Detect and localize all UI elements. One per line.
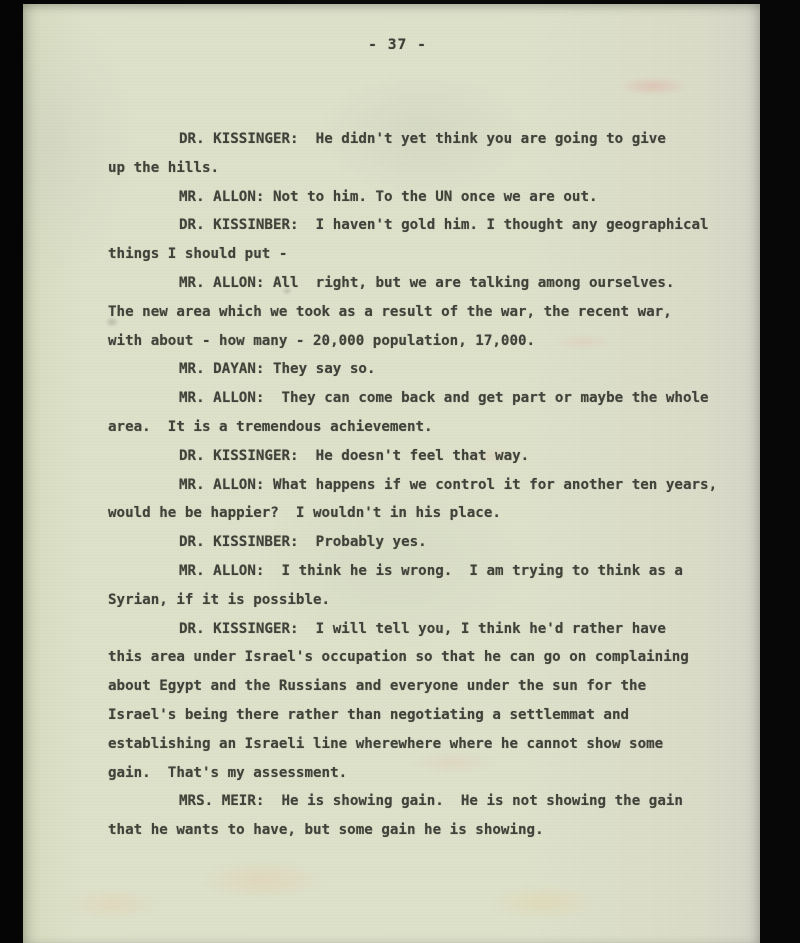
- document-line: DR. KISSINGER: I will tell you, I think …: [108, 615, 740, 644]
- page-number: - 37 -: [23, 36, 760, 53]
- document-line: with about - how many - 20,000 populatio…: [108, 327, 740, 356]
- document-page: - 37 - DR. KISSINGER: He didn't yet thin…: [23, 4, 760, 943]
- document-line: establishing an Israeli line wherewhere …: [108, 730, 740, 759]
- document-line: The new area which we took as a result o…: [108, 298, 740, 327]
- document-line: MR. DAYAN: They say so.: [108, 355, 740, 384]
- document-line: MR. ALLON: Not to him. To the UN once we…: [108, 183, 740, 212]
- document-line: gain. That's my assessment.: [108, 759, 740, 788]
- document-line: this area under Israel's occupation so t…: [108, 643, 740, 672]
- document-line: DR. KISSINBER: Probably yes.: [108, 528, 740, 557]
- document-line: MR. ALLON: They can come back and get pa…: [108, 384, 740, 413]
- document-line: DR. KISSINBER: I haven't gold him. I tho…: [108, 211, 740, 240]
- document-line: about Egypt and the Russians and everyon…: [108, 672, 740, 701]
- document-line: would he be happier? I wouldn't in his p…: [108, 499, 740, 528]
- document-line: Israel's being there rather than negotia…: [108, 701, 740, 730]
- document-line: DR. KISSINGER: He doesn't feel that way.: [108, 442, 740, 471]
- document-line: MR. ALLON: I think he is wrong. I am try…: [108, 557, 740, 586]
- document-body: DR. KISSINGER: He didn't yet think you a…: [108, 125, 740, 845]
- document-line: MRS. MEIR: He is showing gain. He is not…: [108, 787, 740, 816]
- scanned-page-background: - 37 - DR. KISSINGER: He didn't yet thin…: [0, 0, 800, 943]
- document-line: MR. ALLON: What happens if we control it…: [108, 471, 740, 500]
- document-line: DR. KISSINGER: He didn't yet think you a…: [108, 125, 740, 154]
- document-line: that he wants to have, but some gain he …: [108, 816, 740, 845]
- document-line: up the hills.: [108, 154, 740, 183]
- document-line: MR. ALLON: All right, but we are talking…: [108, 269, 740, 298]
- document-line: area. It is a tremendous achievement.: [108, 413, 740, 442]
- document-line: things I should put -: [108, 240, 740, 269]
- document-line: Syrian, if it is possible.: [108, 586, 740, 615]
